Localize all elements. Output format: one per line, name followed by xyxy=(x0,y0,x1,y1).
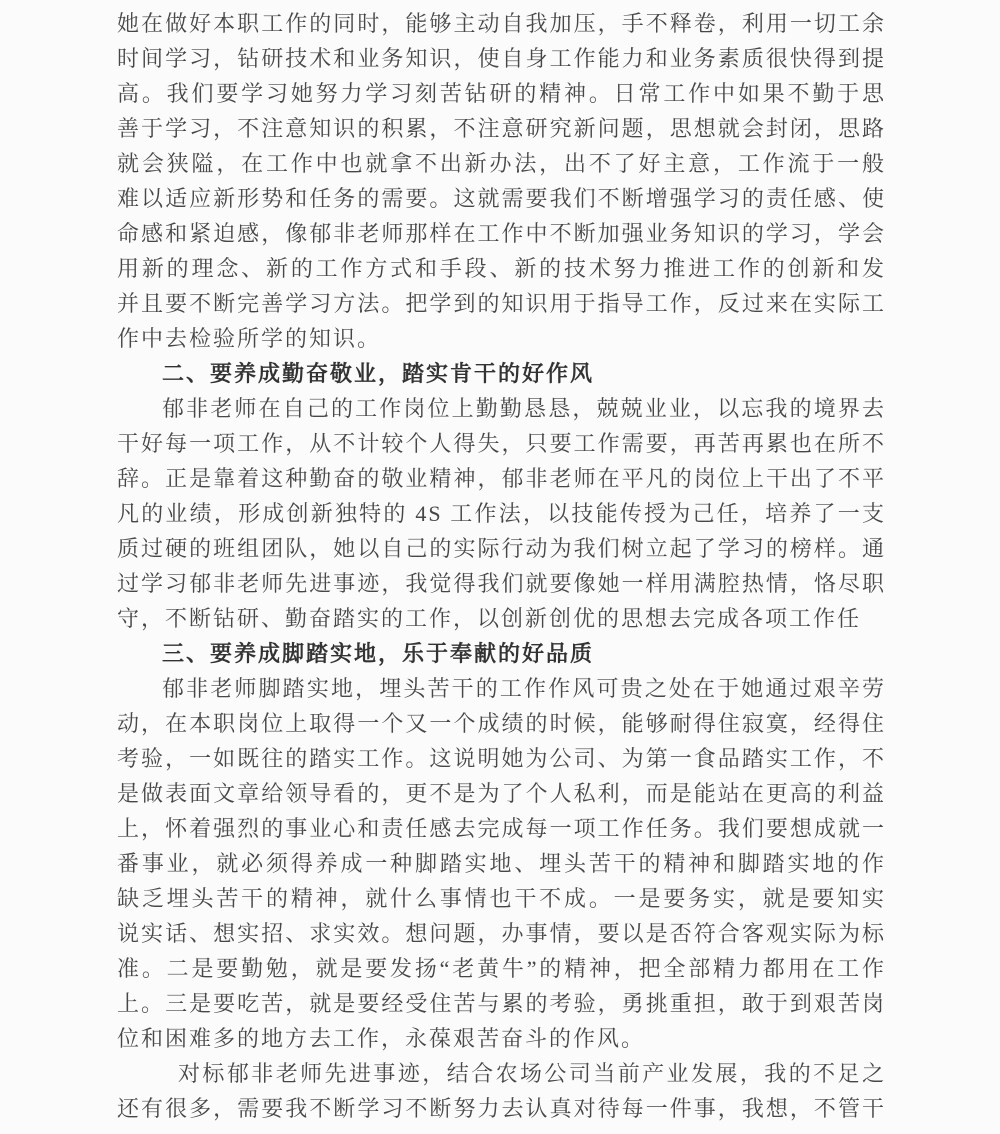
text-line: 作中去检验所学的知识。 xyxy=(117,321,886,356)
text-line: 准。二是要勤勉，就是要发扬“老黄牛”的精神，把全部精力都用在工作 xyxy=(117,951,886,986)
section-heading: 二、要养成勤奋敬业，踏实肯干的好作风 xyxy=(117,356,886,391)
text-line: 高。我们要学习她努力学习刻苦钻研的精神。日常工作中如果不勤于思考、 xyxy=(117,76,886,111)
text-line: 干好每一项工作，从不计较个人得失，只要工作需要，再苦再累也在所不 xyxy=(117,426,886,461)
text-line: 她在做好本职工作的同时，能够主动自我加压，手不释卷，利用一切工余 xyxy=(117,6,886,41)
text-line: 还有很多，需要我不断学习不断努力去认真对待每一件事，我想，不管干 xyxy=(117,1091,886,1126)
text-line: 质过硬的班组团队，她以自己的实际行动为我们树立起了学习的榜样。通 xyxy=(117,531,886,566)
text-line: 动，在本职岗位上取得一个又一个成绩的时候，能够耐得住寂寞，经得住 xyxy=(117,706,886,741)
document-page: 她在做好本职工作的同时，能够主动自我加压，手不释卷，利用一切工余时间学习，钻研技… xyxy=(0,0,1000,1134)
text-line: 过学习郁非老师先进事迹，我觉得我们就要像她一样用满腔热情，恪尽职 xyxy=(117,566,886,601)
document-body: 她在做好本职工作的同时，能够主动自我加压，手不释卷，利用一切工余时间学习，钻研技… xyxy=(117,6,886,1126)
text-line: 守，不断钻研、勤奋踏实的工作，以创新创优的思想去完成各项工作任务。 xyxy=(117,601,886,636)
text-line: 考验，一如既往的踏实工作。这说明她为公司、为第一食品踏实工作，不 xyxy=(117,741,886,776)
text-line: 郁非老师脚踏实地，埋头苦干的工作作风可贵之处在于她通过艰辛劳 xyxy=(117,671,886,706)
text-line: 凡的业绩，形成创新独特的 4S 工作法，以技能传授为己任，培养了一支素 xyxy=(117,496,886,531)
text-line: 就会狭隘，在工作中也就拿不出新办法，出不了好主意，工作流于一般化， xyxy=(117,146,886,181)
text-line: 是做表面文章给领导看的，更不是为了个人私利，而是能站在更高的利益 xyxy=(117,776,886,811)
text-line: 命感和紧迫感，像郁非老师那样在工作中不断加强业务知识的学习，学会 xyxy=(117,216,886,251)
text-line: 辞。正是靠着这种勤奋的敬业精神，郁非老师在平凡的岗位上干出了不平 xyxy=(117,461,886,496)
text-line: 上。三是要吃苦，就是要经受住苦与累的考验，勇挑重担，敢于到艰苦岗 xyxy=(117,986,886,1021)
text-line: 位和困难多的地方去工作，永葆艰苦奋斗的作风。 xyxy=(117,1021,886,1056)
text-line: 缺乏埋头苦干的精神，就什么事情也干不成。一是要务实，就是要知实情、 xyxy=(117,881,886,916)
text-line: 说实话、想实招、求实效。想问题，办事情，要以是否符合客观实际为标 xyxy=(117,916,886,951)
text-line: 并且要不断完善学习方法。把学到的知识用于指导工作，反过来在实际工 xyxy=(117,286,886,321)
text-line: 时间学习，钻研技术和业务知识，使自身工作能力和业务素质很快得到提 xyxy=(117,41,886,76)
text-line: 难以适应新形势和任务的需要。这就需要我们不断增强学习的责任感、使 xyxy=(117,181,886,216)
text-line: 上，怀着强烈的事业心和责任感去完成每一项工作任务。我们要想成就一 xyxy=(117,811,886,846)
section-heading: 三、要养成脚踏实地，乐于奉献的好品质 xyxy=(117,636,886,671)
text-line: 郁非老师在自己的工作岗位上勤勤恳恳，兢兢业业，以忘我的境界去 xyxy=(117,391,886,426)
text-line: 用新的理念、新的工作方式和手段、新的技术努力推进工作的创新和发展， xyxy=(117,251,886,286)
text-line: 对标郁非老师先进事迹，结合农场公司当前产业发展，我的不足之处 xyxy=(117,1056,886,1091)
text-line: 番事业，就必须得养成一种脚踏实地、埋头苦干的精神和脚踏实地的作风。 xyxy=(117,846,886,881)
text-line: 善于学习，不注意知识的积累，不注意研究新问题，思想就会封闭，思路 xyxy=(117,111,886,146)
